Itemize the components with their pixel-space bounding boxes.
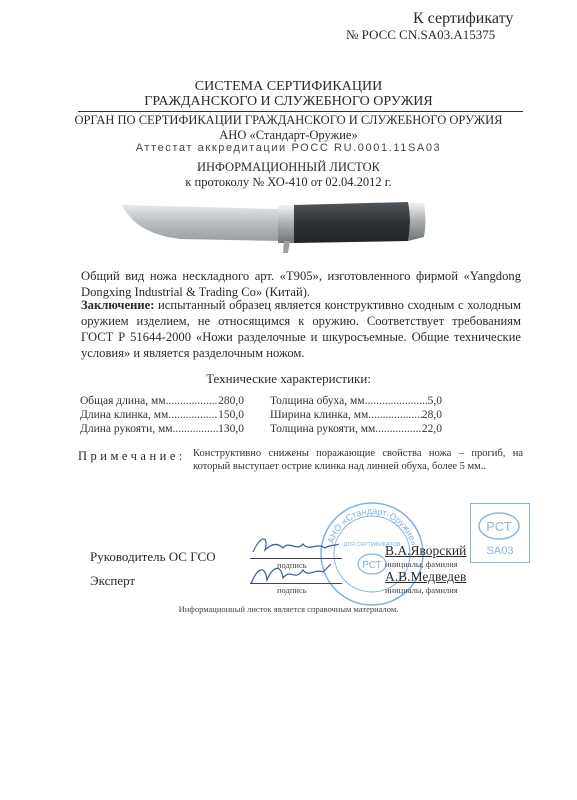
- specs-title: Технические характеристики:: [0, 371, 577, 387]
- general-description: Общий вид ножа нескладного арт. «T905», …: [81, 268, 521, 300]
- system-title-line2: ГРАЖДАНСКОГО И СЛУЖЕБНОГО ОРУЖИЯ: [0, 94, 577, 110]
- spec-row: Длина клинка, мм150,0: [80, 408, 244, 422]
- knife-image: [120, 197, 460, 259]
- signatory-name-head: В.А.Яворский: [385, 543, 466, 559]
- conclusion-paragraph: Заключение: испытанный образец является …: [81, 297, 521, 361]
- spec-row: Толщина обуха, мм5,0: [270, 394, 442, 408]
- spec-row: Длина рукояти, мм130,0: [80, 422, 244, 436]
- note-label: Примечание:: [78, 449, 186, 464]
- signature-line-head: [250, 558, 342, 559]
- certificate-reference-label: К сертификату: [413, 10, 513, 28]
- signatory-role-expert: Эксперт: [90, 573, 135, 589]
- signature-line-expert: [250, 583, 342, 584]
- specs-right-column: Толщина обуха, мм5,0 Ширина клинка, мм28…: [270, 394, 442, 436]
- specs-left-column: Общая длина, мм280,0 Длина клинка, мм150…: [80, 394, 244, 436]
- signature-caption: подпись: [277, 560, 307, 570]
- system-title-line1: СИСТЕМА СЕРТИФИКАЦИИ: [0, 79, 577, 95]
- spec-row: Общая длина, мм280,0: [80, 394, 244, 408]
- header-divider: [78, 111, 523, 112]
- signatory-name-expert: А.В.Медведев: [385, 569, 466, 585]
- document-title: ИНФОРМАЦИОННЫЙ ЛИСТОК: [0, 160, 577, 175]
- certificate-number: № РОСС CN.SA03.A15375: [346, 27, 495, 43]
- svg-text:РСТ: РСТ: [486, 519, 511, 534]
- rst-mark-icon: РСТ SA03: [471, 504, 529, 562]
- note-text: Конструктивно снижены поражающие свойств…: [193, 447, 523, 473]
- svg-text:РСТ: РСТ: [362, 560, 382, 571]
- svg-text:SA03: SA03: [487, 545, 514, 557]
- footer-note: Информационный листок является справочны…: [0, 604, 577, 614]
- organization-name: АНО «Стандарт-Оружие»: [0, 128, 577, 143]
- conclusion-label: Заключение:: [81, 298, 154, 312]
- name-caption: инициалы, фамилия: [385, 585, 458, 595]
- protocol-reference: к протоколу № ХО-410 от 02.04.2012 г.: [0, 175, 577, 190]
- certification-logo: РСТ SA03: [470, 503, 530, 563]
- spec-row: Толщина рукояти, мм22,0: [270, 422, 442, 436]
- certification-organ: ОРГАН ПО СЕРТИФИКАЦИИ ГРАЖДАНСКОГО И СЛУ…: [0, 113, 577, 128]
- signature-caption: подпись: [277, 585, 307, 595]
- signatory-role-head: Руководитель ОС ГСО: [90, 549, 216, 565]
- name-caption: инициалы, фамилия: [385, 559, 458, 569]
- spec-row: Ширина клинка, мм28,0: [270, 408, 442, 422]
- accreditation-certificate: Аттестат аккредитации РОСС RU.0001.11SA0…: [0, 142, 577, 154]
